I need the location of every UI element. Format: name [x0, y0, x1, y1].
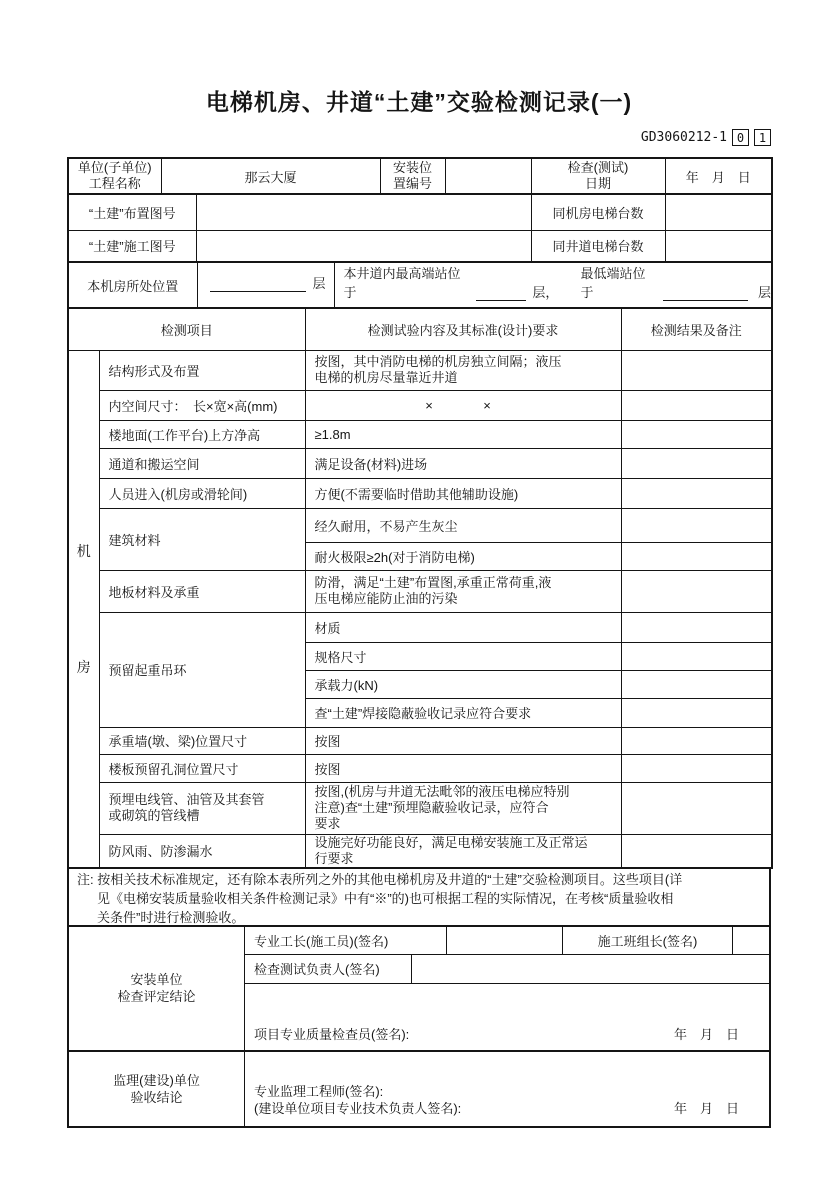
- note-section: 注: 按相关技术标准规定，还有除本表所列之外的其他电梯机房及井道的“土建”交验检…: [67, 867, 771, 927]
- form-sheet: 单位(子单位) 工程名称 那云大厦 安装位 置编号 检查(测试) 日期 年 月 …: [67, 157, 771, 1128]
- foreman-signature-value: [447, 927, 563, 954]
- result-cell: [621, 670, 772, 698]
- crew-leader-signature-value: [733, 927, 769, 954]
- layout-drawing-value: [196, 194, 531, 230]
- result-cell: [621, 782, 772, 834]
- detection-table: 检测项目 检测试验内容及其标准(设计)要求 检测结果及备注 机 房 结构形式及布…: [67, 307, 773, 869]
- req-structure-layout: 按图，其中消防电梯的机房独立间隔；液压 电梯的机房尽量靠近井道: [305, 350, 621, 390]
- shaft-top-blank: [476, 287, 526, 301]
- same-shaft-elevators-value: [665, 230, 772, 262]
- check-date-label: 检查(测试) 日期: [531, 158, 665, 194]
- req-access-space: 满足设备(材料)进场: [305, 448, 621, 478]
- header-requirement: 检测试验内容及其标准(设计)要求: [305, 308, 621, 350]
- result-cell: [621, 542, 772, 570]
- supervisor-unit-section: 监理(建设)单位 验收结论 专业监理工程师(签名): (建设单位项目专业技术负责…: [67, 1050, 771, 1128]
- req-bearing-wall: 按图: [305, 727, 621, 754]
- shaft-terminal-cell: 本井道内最高端站位于 层， 最低端站位于 层: [334, 262, 772, 308]
- supervisor-unit-label: 监理(建设)单位 验收结论: [69, 1052, 245, 1126]
- install-unit-label: 安装单位 检查评定结论: [69, 927, 245, 1050]
- multiply-sign-1: ×: [425, 398, 433, 413]
- shaft-top-label: 本井道内最高端站位于: [344, 263, 469, 301]
- result-cell: [621, 754, 772, 782]
- req-headroom: ≥1.8m: [305, 420, 621, 448]
- item-personnel-entry: 人员进入(机房或滑轮间): [99, 478, 305, 508]
- item-slab-holes: 楼板预留孔洞位置尺寸: [99, 754, 305, 782]
- location-row: 本机房所处位置 层 本井道内最高端站位于 层， 最低端站位于 层: [67, 261, 773, 309]
- req-hook-size: 规格尺寸: [305, 642, 621, 670]
- result-cell: [621, 478, 772, 508]
- result-cell: [621, 420, 772, 448]
- shaft-bottom-label: 最低端站位于: [580, 263, 655, 301]
- req-embedded-conduits: 按图,(机房与井道无法毗邻的液压电梯应特别 注意)查“土建”预埋隐蔽验收记录，应…: [305, 782, 621, 834]
- inspector-signature-label: 检查测试负责人(签名): [245, 955, 412, 983]
- group-char-fang: 房: [77, 657, 91, 677]
- req-fire-resistance: 耐火极限≥2h(对于消防电梯): [305, 542, 621, 570]
- construction-drawing-label: “土建”施工图号: [68, 230, 196, 262]
- req-hook-weld-record: 查“土建”焊接隐蔽验收记录应符合要求: [305, 698, 621, 727]
- header-item: 检测项目: [68, 308, 305, 350]
- group-char-ji: 机: [77, 541, 91, 561]
- check-date-value: 年 月 日: [665, 158, 772, 194]
- item-weatherproofing: 防风雨、防渗漏水: [99, 834, 305, 868]
- shaft-bottom-unit: 层: [758, 282, 771, 301]
- req-inner-dimensions: × ×: [305, 390, 621, 420]
- result-cell: [621, 612, 772, 642]
- layout-drawing-label: “土建”布置图号: [68, 194, 196, 230]
- construction-drawing-value: [196, 230, 531, 262]
- req-durability: 经久耐用，不易产生灰尘: [305, 508, 621, 542]
- item-structure-layout: 结构形式及布置: [99, 350, 305, 390]
- install-date: 年 月 日: [674, 1024, 739, 1043]
- install-position-value: [445, 158, 531, 194]
- room-location-value: 层: [197, 262, 334, 308]
- note-line-1: 注: 按相关技术标准规定，还有除本表所列之外的其他电梯机房及井道的“土建”交验检…: [69, 870, 769, 889]
- item-lifting-hook: 预留起重吊环: [99, 612, 305, 727]
- result-cell: [621, 642, 772, 670]
- result-cell: [621, 350, 772, 390]
- supervisor-engineer-label: 专业监理工程师(签名): (建设单位项目专业技术负责人签名):: [254, 1083, 461, 1117]
- result-cell: [621, 727, 772, 754]
- shaft-bottom-blank: [663, 287, 748, 301]
- result-cell: [621, 698, 772, 727]
- item-embedded-conduits: 预埋电线管、油管及其套管 或砌筑的管线槽: [99, 782, 305, 834]
- supervisor-signature-cell: 专业监理工程师(签名): (建设单位项目专业技术负责人签名): 年 月 日: [245, 1052, 769, 1126]
- unit-name-value: 那云大厦: [161, 158, 380, 194]
- supervisor-date: 年 月 日: [674, 1098, 739, 1117]
- req-slab-holes: 按图: [305, 754, 621, 782]
- req-personnel-entry: 方便(不需要临时借助其他辅助设施): [305, 478, 621, 508]
- inspector-signature-value: [412, 955, 769, 983]
- same-room-elevators-value: [665, 194, 772, 230]
- result-cell: [621, 448, 772, 478]
- form-code: GD3060212-1 0 1: [67, 129, 771, 146]
- install-position-label: 安装位 置编号: [380, 158, 445, 194]
- item-floor-material: 地板材料及承重: [99, 570, 305, 612]
- form-code-box-2: 1: [754, 129, 771, 146]
- result-cell: [621, 390, 772, 420]
- quality-inspector-cell: 项目专业质量检查员(签名): 年 月 日: [245, 984, 769, 1050]
- room-location-label: 本机房所处位置: [68, 262, 197, 308]
- result-cell: [621, 570, 772, 612]
- req-hook-capacity: 承载力(kN): [305, 670, 621, 698]
- item-bearing-wall: 承重墙(墩、梁)位置尺寸: [99, 727, 305, 754]
- note-line-2: 见《电梯安装质量验收相关条件检测记录》中有“※”的)也可根据工程的实际情况，在考…: [69, 889, 769, 908]
- drawing-info-rows: “土建”布置图号 同机房电梯台数 “土建”施工图号 同井道电梯台数: [67, 193, 773, 263]
- item-headroom: 楼地面(工作平台)上方净高: [99, 420, 305, 448]
- form-code-box-1: 0: [732, 129, 749, 146]
- group-machine-room: 机 房: [68, 350, 99, 868]
- header-result: 检测结果及备注: [621, 308, 772, 350]
- req-hook-material: 材质: [305, 612, 621, 642]
- result-cell: [621, 508, 772, 542]
- same-shaft-elevators-label: 同井道电梯台数: [531, 230, 665, 262]
- project-info-row: 单位(子单位) 工程名称 那云大厦 安装位 置编号 检查(测试) 日期 年 月 …: [67, 157, 773, 195]
- req-floor-material: 防滑，满足“土建”布置图,承重正常荷重,液 压电梯应能防止油的污染: [305, 570, 621, 612]
- result-cell: [621, 834, 772, 868]
- install-unit-section: 安装单位 检查评定结论 专业工长(施工员)(签名) 施工班组长(签名) 检查测试…: [67, 925, 771, 1052]
- page-title: 电梯机房、井道“土建”交验检测记录(一): [0, 84, 838, 117]
- multiply-sign-2: ×: [483, 398, 491, 413]
- shaft-top-unit: 层，: [532, 282, 558, 301]
- req-weatherproofing: 设施完好功能良好，满足电梯安装施工及正常运 行要求: [305, 834, 621, 868]
- same-room-elevators-label: 同机房电梯台数: [531, 194, 665, 230]
- room-floor-unit: 层: [312, 273, 325, 292]
- room-floor-blank: [210, 278, 306, 292]
- item-inner-dimensions: 内空间尺寸： 长×宽×高(mm): [99, 390, 305, 420]
- quality-inspector-label: 项目专业质量检查员(签名):: [254, 1024, 409, 1043]
- crew-leader-signature-label: 施工班组长(签名): [563, 927, 733, 954]
- item-access-space: 通道和搬运空间: [99, 448, 305, 478]
- form-code-number: GD3060212-1: [641, 130, 727, 145]
- item-building-material: 建筑材料: [99, 508, 305, 570]
- foreman-signature-label: 专业工长(施工员)(签名): [245, 927, 447, 954]
- unit-name-label: 单位(子单位) 工程名称: [68, 158, 161, 194]
